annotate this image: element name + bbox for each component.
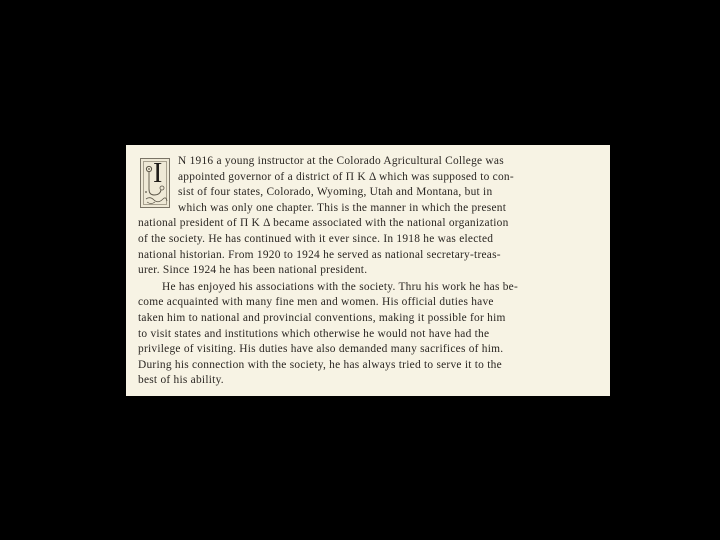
dropcap-initial: I [140, 158, 170, 208]
paragraph-2: He has enjoyed his associations with the… [138, 280, 596, 389]
document-page: I N 1916 a young instructor at the Color… [126, 145, 610, 396]
text-line: best of his ability. [138, 373, 596, 389]
paragraph-1: I N 1916 a young instructor at the Color… [138, 154, 596, 279]
dropcap-letter: I [153, 159, 163, 189]
text-line: national president of Π K Δ became assoc… [138, 216, 596, 232]
text-line: privilege of visiting. His duties have a… [138, 342, 596, 358]
text-line: He has enjoyed his associations with the… [138, 280, 596, 296]
text-line: come acquainted with many fine men and w… [138, 295, 596, 311]
text-line: to visit states and institutions which o… [138, 327, 596, 343]
text-line: taken him to national and provincial con… [138, 311, 596, 327]
text-line: of the society. He has continued with it… [138, 232, 596, 248]
text-line: sist of four states, Colorado, Wyoming, … [138, 185, 596, 201]
text-line: urer. Since 1924 he has been national pr… [138, 263, 596, 279]
text-line: N 1916 a young instructor at the Colorad… [138, 154, 596, 170]
text-line: During his connection with the society, … [138, 358, 596, 374]
text-line: which was only one chapter. This is the … [138, 201, 596, 217]
text-line: appointed governor of a district of Π K … [138, 170, 596, 186]
text-line: national historian. From 1920 to 1924 he… [138, 248, 596, 264]
